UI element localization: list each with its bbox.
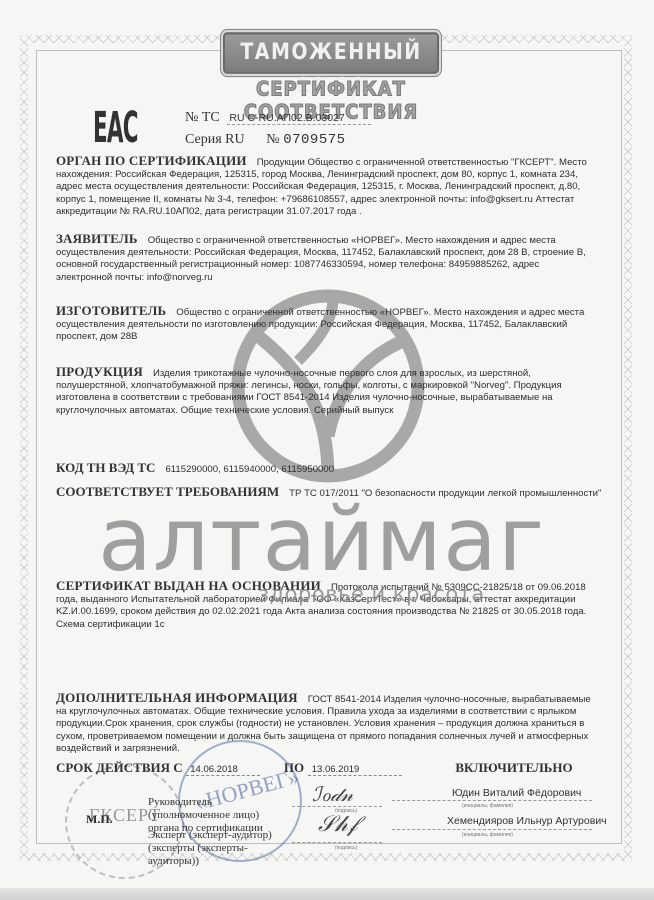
- valid-from-label: СРОК ДЕЙСТВИЯ С: [56, 760, 183, 775]
- series-number: 0709575: [283, 132, 345, 148]
- section-additional-info: ДОПОЛНИТЕЛЬНАЯ ИНФОРМАЦИЯГОСТ 8541-2014 …: [56, 692, 596, 755]
- valid-to-date: 13.06.2019: [308, 764, 402, 776]
- section-manufacturer: ИЗГОТОВИТЕЛЬОбщество с ограниченной отве…: [56, 305, 596, 344]
- heading-certification-body: ОРГАН ПО СЕРТИФИКАЦИИ: [56, 153, 247, 168]
- expert-name-caption: (инициалы, фамилия): [462, 832, 513, 838]
- seal-place-label: М.П.: [86, 812, 113, 827]
- expert-signature-caption: (подпись): [335, 845, 357, 851]
- expert-name-line: [392, 829, 592, 830]
- inclusive-label: ВКЛЮЧИТЕЛЬНО: [455, 760, 572, 775]
- watermark-brand: алтаймаг: [98, 496, 545, 584]
- validity-period: СРОК ДЕЙСТВИЯ С 14.06.2018 ПО 13.06.2019…: [56, 760, 573, 776]
- heading-hs-code: КОД ТН ВЭД ТС: [56, 460, 155, 475]
- heading-manufacturer: ИЗГОТОВИТЕЛЬ: [56, 303, 166, 318]
- tc-number-row: № ТС RU C-RU.АП02.В.03027: [185, 109, 371, 126]
- series-label: Серия RU: [185, 132, 245, 147]
- heading-product: ПРОДУКЦИЯ: [56, 364, 143, 379]
- head-name-line: [392, 800, 592, 801]
- section-certification-body: ОРГАН ПО СЕРТИФИКАЦИИПродукции Общество …: [56, 155, 596, 218]
- head-signature-icon: ℐℴ𝒹𝓃: [312, 782, 353, 806]
- heading-applicant: ЗАЯВИТЕЛЬ: [56, 231, 138, 246]
- expert-name: Хемендияров Ильнур Артурович: [447, 815, 607, 827]
- expert-role-label: Эксперт (эксперт-аудитор) (эксперты (экс…: [148, 829, 288, 868]
- section-hs-code: КОД ТН ВЭД ТС6115290000, 6115940000, 611…: [56, 460, 334, 476]
- head-signature-line: [292, 806, 382, 807]
- head-name-caption: (инициалы, фамилия): [462, 803, 513, 809]
- series-no-label: №: [266, 132, 279, 147]
- series-row: Серия RU № 0709575: [185, 131, 346, 148]
- valid-from-date: 14.06.2018: [186, 764, 260, 776]
- expert-signature-icon: 𝒮𝒽𝒻: [318, 812, 358, 837]
- tc-number: RU C-RU.АП02.В.03027: [227, 112, 371, 125]
- customs-union-banner: ТАМОЖЕННЫЙ СОЮЗ: [223, 32, 439, 73]
- expert-signature-line: [292, 842, 382, 843]
- section-applicant: ЗАЯВИТЕЛЬОбщество с ограниченной ответст…: [56, 233, 596, 284]
- eac-mark-icon: ЕАС: [93, 103, 138, 153]
- tc-label: № ТС: [185, 110, 220, 125]
- text-hs-code: 6115290000, 6115940000, 6115950000: [165, 464, 334, 475]
- head-name: Юдин Виталий Фёдорович: [452, 787, 581, 799]
- heading-additional-info: ДОПОЛНИТЕЛЬНАЯ ИНФОРМАЦИЯ: [56, 690, 298, 705]
- section-product: ПРОДУКЦИЯИзделия трикотажные чулочно-нос…: [56, 366, 596, 417]
- page-edge: [0, 888, 654, 900]
- watermark-tagline: здоровье и красота: [258, 582, 485, 606]
- valid-to-label: ПО: [284, 760, 304, 775]
